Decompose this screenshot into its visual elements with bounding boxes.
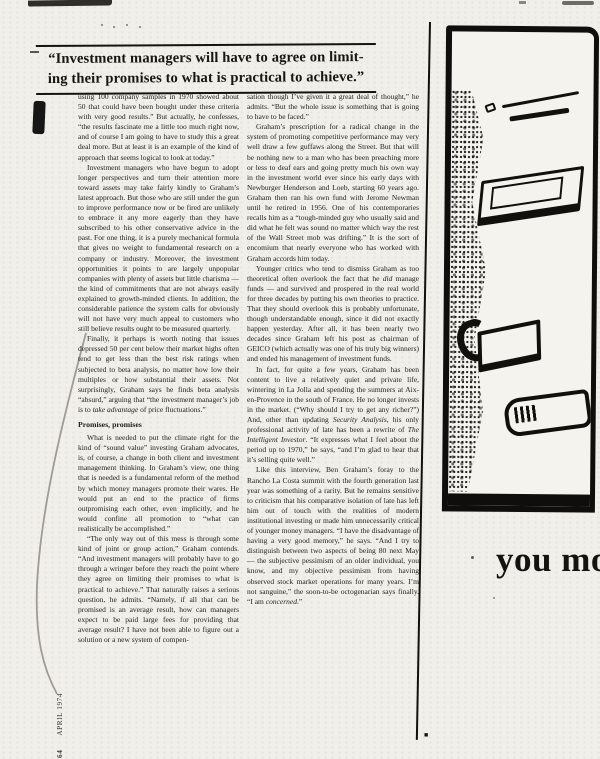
italic-text-run: concerned bbox=[266, 597, 297, 606]
scan-speck bbox=[113, 26, 115, 28]
italic-text-run: did bbox=[383, 274, 393, 283]
italic-text-run: take advantage bbox=[93, 405, 139, 414]
article-paragraph: “The only way out of this mess is throug… bbox=[78, 534, 239, 645]
text-run: using 100 company samples in 1970 showed… bbox=[78, 92, 239, 162]
article-column-left: using 100 company samples in 1970 showed… bbox=[78, 92, 239, 758]
scan-speck bbox=[471, 556, 474, 559]
adjacent-page-photo bbox=[442, 25, 599, 512]
photo-shape-clip bbox=[484, 102, 496, 113]
text-run: manage funds — and survived and prospere… bbox=[247, 274, 419, 364]
text-run: sation though I’ve given it a great deal… bbox=[247, 92, 419, 121]
issue-date: APRIL 1974 bbox=[56, 693, 64, 736]
article-paragraph: Finally, it perhaps is worth noting that… bbox=[78, 334, 239, 415]
next-page-headline-fragment: you mo bbox=[496, 540, 600, 580]
section-subhead: Promises, promises bbox=[78, 420, 239, 430]
scan-smudge-top-right bbox=[562, 1, 594, 5]
photo-shape-pen bbox=[502, 91, 579, 108]
article-paragraph: Graham’s prescription for a radical chan… bbox=[247, 122, 419, 263]
scan-speck bbox=[139, 26, 141, 28]
photo-shape-pen bbox=[509, 108, 569, 122]
text-run: What is needed to put the climate right … bbox=[78, 433, 239, 533]
article-columns: using 100 company samples in 1970 showed… bbox=[78, 92, 419, 758]
article-paragraph: What is needed to put the climate right … bbox=[78, 433, 239, 534]
photo-speckle-texture bbox=[448, 89, 488, 491]
text-run: of price fluctuations.” bbox=[138, 405, 205, 414]
pull-quote-line-2: ing their promises to what is practical … bbox=[40, 67, 372, 89]
article-paragraph: In fact, for quite a few years, Graham h… bbox=[247, 365, 419, 466]
article-paragraph: sation though I’ve given it a great deal… bbox=[247, 92, 419, 122]
page-folio-rotated: 64APRIL 1974 bbox=[56, 648, 64, 758]
text-run: Graham’s prescription for a radical chan… bbox=[247, 122, 419, 262]
text-run: Investment managers who have begun to ad… bbox=[78, 163, 239, 334]
pull-quote-line-1: “Investment managers will have to agree … bbox=[40, 48, 372, 70]
scanned-magazine-page: “Investment managers will have to agree … bbox=[0, 0, 600, 759]
margin-ink-blob bbox=[32, 101, 45, 134]
photo-bottom-band bbox=[448, 493, 590, 506]
article-paragraph: Investment managers who have begun to ad… bbox=[78, 163, 239, 335]
pull-quote-box: “Investment managers will have to agree … bbox=[36, 43, 376, 95]
photo-shape-grille bbox=[514, 405, 538, 424]
article-paragraph: Younger critics who tend to dismiss Grah… bbox=[247, 264, 419, 365]
end-of-article-mark: ■ bbox=[424, 732, 428, 739]
text-run: Like this interview, Ben Graham’s foray … bbox=[247, 465, 419, 605]
text-run: Promises, promises bbox=[78, 420, 142, 429]
text-run: “The only way out of this mess is throug… bbox=[78, 534, 239, 644]
scan-speck bbox=[126, 24, 128, 26]
article-paragraph: using 100 company samples in 1970 showed… bbox=[78, 92, 239, 163]
article-paragraph: Like this interview, Ben Graham’s foray … bbox=[247, 465, 419, 606]
page-number: 64 bbox=[56, 750, 64, 758]
scan-speck bbox=[101, 24, 103, 26]
scan-smudge-top-mid bbox=[519, 1, 526, 4]
italic-text-run: Security Analysis bbox=[333, 415, 387, 424]
scan-speck bbox=[493, 597, 495, 599]
text-run: .” bbox=[297, 597, 302, 606]
scan-smudge-top-left bbox=[28, 0, 112, 7]
article-column-right: sation though I’ve given it a great deal… bbox=[247, 92, 419, 758]
text-run: Finally, it perhaps is worth noting that… bbox=[78, 334, 239, 414]
